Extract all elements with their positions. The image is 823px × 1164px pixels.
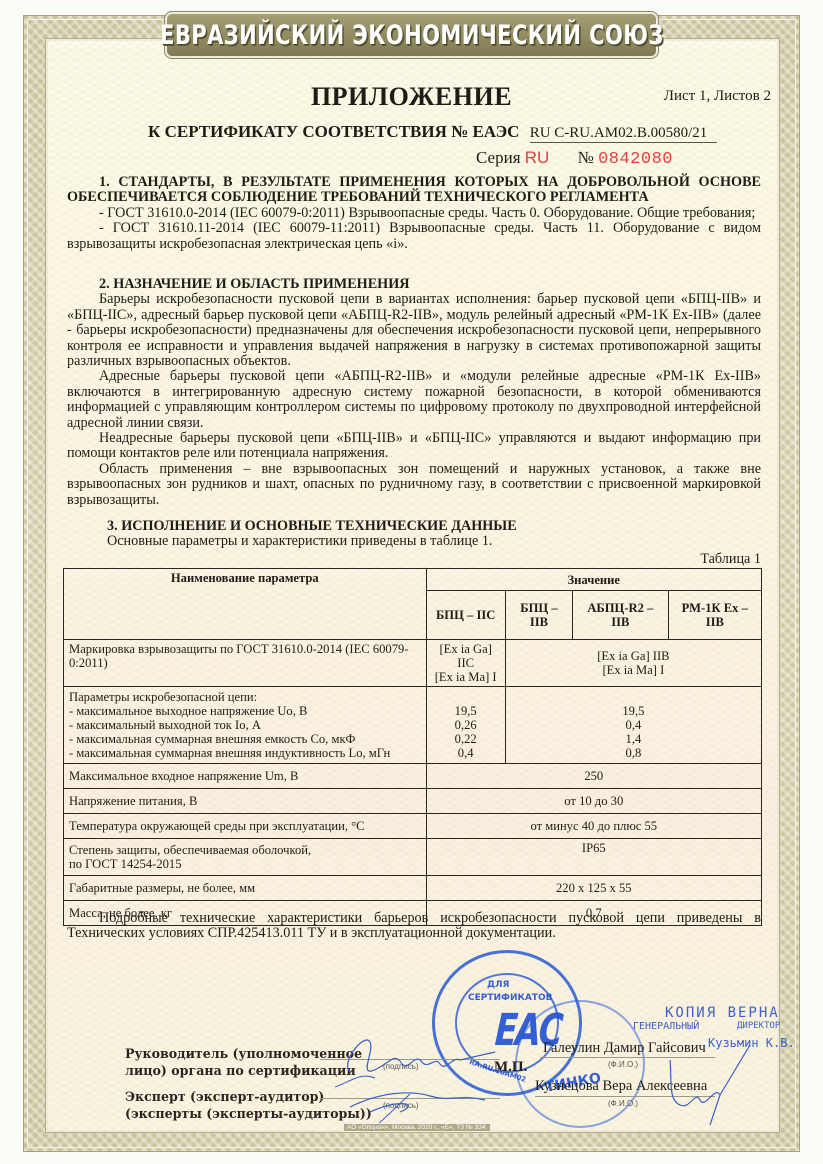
param-label: Габаритные размеры, не более, мм	[64, 876, 427, 901]
table-row: Напряжение питания, В от 10 до 30	[64, 789, 762, 814]
param-line: по ГОСТ 14254-2015	[69, 857, 421, 871]
column-header: АБПЦ-R2 – IIB	[573, 591, 669, 640]
standard-item: - ГОСТ 31610.11-2014 (IEC 60079-11:2011)…	[67, 221, 761, 252]
paragraph: Неадресные барьеры пусковой цепи «БПЦ-II…	[67, 431, 761, 462]
head-name-line	[540, 1057, 715, 1058]
value-line: 0,4	[511, 718, 756, 732]
table-header-row: Наименование параметра Значение	[64, 569, 762, 591]
header-param: Наименование параметра	[64, 569, 427, 640]
value-cell: 250	[426, 764, 761, 789]
section-heading: 1. СТАНДАРТЫ, В РЕЗУЛЬТАТЕ ПРИМЕНЕНИЯ КО…	[67, 175, 761, 206]
number-label: №	[578, 148, 594, 167]
spec-table: Наименование параметра Значение БПЦ – II…	[63, 568, 762, 926]
expert-name: Кузнецова Вера Алексеевна	[535, 1078, 707, 1095]
param-line: - максимальная суммарная внешняя индукти…	[69, 746, 421, 760]
param-line: Степень защиты, обеспечиваемая оболочкой…	[69, 843, 421, 857]
value-line: [Ex ia Ma] I	[511, 663, 756, 677]
section-specs: 3. ИСПОЛНЕНИЕ И ОСНОВНЫЕ ТЕХНИЧЕСКИЕ ДАН…	[67, 519, 761, 550]
head-signature-line	[320, 1059, 500, 1060]
head-label: Руководитель (уполномоченное лицо) орган…	[125, 1045, 362, 1079]
column-header: РМ-1К Ex – IIB	[668, 591, 761, 640]
value-line: 19,5	[432, 704, 500, 718]
header-value: Значение	[426, 569, 761, 591]
section-purpose: 2. НАЗНАЧЕНИЕ И ОБЛАСТЬ ПРИМЕНЕНИЯ Барье…	[67, 277, 761, 508]
label-line: (эксперты (эксперты-аудиторы))	[125, 1105, 372, 1122]
column-header: БПЦ – IIC	[426, 591, 505, 640]
sheet-info: Лист 1, Листов 2	[664, 88, 771, 105]
value-cell: [Ex ia Ga] IIB [Ex ia Ma] I	[505, 640, 761, 687]
section-standards: 1. СТАНДАРТЫ, В РЕЗУЛЬТАТЕ ПРИМЕНЕНИЯ КО…	[67, 175, 761, 252]
paragraph: Барьеры искробезопасности пусковой цепи …	[67, 292, 761, 369]
seal-place-mark: М.П.	[494, 1059, 527, 1076]
value-line: 19,5	[511, 704, 756, 718]
table-caption: Таблица 1	[700, 551, 761, 568]
column-header: БПЦ – IIB	[505, 591, 572, 640]
section-heading: 3. ИСПОЛНЕНИЕ И ОСНОВНЫЕ ТЕХНИЧЕСКИЕ ДАН…	[67, 519, 761, 534]
label-line: Эксперт (эксперт-аудитор)	[125, 1088, 372, 1105]
section-heading: 2. НАЗНАЧЕНИЕ И ОБЛАСТЬ ПРИМЕНЕНИЯ	[67, 277, 761, 292]
param-label: Максимальное входное напряжение Um, В	[64, 764, 427, 789]
value-line: 1,4	[511, 732, 756, 746]
expert-signature-line	[320, 1098, 500, 1099]
param-label: Температура окружающей среды при эксплуа…	[64, 814, 427, 839]
table-row: Маркировка взрывозащиты по ГОСТ 31610.0-…	[64, 640, 762, 687]
name-caption: (Ф.И.О.)	[608, 1060, 638, 1069]
expert-label: Эксперт (эксперт-аудитор) (эксперты (экс…	[125, 1088, 372, 1122]
closing-paragraph: Подробные технические характеристики бар…	[67, 911, 761, 942]
copy-signer: Кузьмин К.В.	[708, 1036, 795, 1050]
value-cell: 19,5 0,26 0,22 0,4	[426, 687, 505, 764]
label-line: лицо) органа по сертификации	[125, 1062, 362, 1079]
param-label: Параметры искробезопасной цепи: - максим…	[64, 687, 427, 764]
copy-true-stamp: КОПИЯ ВЕРНА	[665, 1005, 780, 1021]
series-line: Серия RU № 0842080	[476, 148, 673, 169]
copy-position-left: ГЕНЕРАЛЬНЫЙ	[633, 1021, 699, 1032]
table-row: Габаритные размеры, не более, мм 220 х 1…	[64, 876, 762, 901]
series-value: RU	[525, 148, 550, 167]
cert-prefix: К СЕРТИФИКАТУ СООТВЕТСТВИЯ № ЕАЭС	[148, 122, 519, 141]
copy-position-right: ДИРЕКТОР	[737, 1021, 780, 1031]
value-line: [Ex ia Ga] IIC	[432, 642, 500, 670]
value-cell: [Ex ia Ga] IIC [Ex ia Ma] I	[426, 640, 505, 687]
value-cell: от 10 до 30	[426, 789, 761, 814]
value-line: [Ex ia Ga] IIB	[511, 649, 756, 663]
signature-caption: (подпись)	[383, 1101, 419, 1110]
value-cell: 19,5 0,4 1,4 0,8	[505, 687, 761, 764]
series-label: Серия	[476, 148, 521, 167]
value-line: 0,22	[432, 732, 500, 746]
value-cell: 220 х 125 х 55	[426, 876, 761, 901]
name-caption: (Ф.И.О.)	[608, 1099, 638, 1108]
cert-number: RU C-RU.AM02.B.00580/21	[530, 125, 718, 143]
value-cell: от минус 40 до плюс 55	[426, 814, 761, 839]
table-row: Температура окружающей среды при эксплуа…	[64, 814, 762, 839]
param-label: Степень защиты, обеспечиваемая оболочкой…	[64, 839, 427, 876]
param-line: - максимальное выходное напряжение Uo, В	[69, 704, 421, 718]
section-intro: Основные параметры и характеристики прив…	[67, 534, 761, 549]
value-line: 0,4	[432, 746, 500, 760]
param-line: Параметры искробезопасной цепи:	[69, 690, 421, 704]
printer-mark: АО «Опцион», Москва, 2020 г., «Б», ТЗ № …	[343, 1123, 491, 1132]
paragraph: Адресные барьеры пусковой цепи «АБПЦ-R2-…	[67, 369, 761, 431]
closing-text: Подробные технические характеристики бар…	[67, 911, 761, 942]
value-line: 0,26	[432, 718, 500, 732]
certificate-reference: К СЕРТИФИКАТУ СООТВЕТСТВИЯ № ЕАЭС RU C-R…	[148, 122, 717, 142]
expert-name-line	[535, 1096, 715, 1097]
standard-item: - ГОСТ 31610.0-2014 (IEC 60079-0:2011) В…	[67, 206, 761, 221]
head-name: Галеулин Дамир Гайсович	[543, 1040, 706, 1057]
blank-number: 0842080	[598, 150, 673, 169]
union-banner: ЕВРАЗИЙСКИЙ ЭКОНОМИЧЕСКИЙ СОЮЗ	[165, 12, 658, 58]
table-row: Параметры искробезопасной цепи: - максим…	[64, 687, 762, 764]
union-banner-text: ЕВРАЗИЙСКИЙ ЭКОНОМИЧЕСКИЙ СОЮЗ	[160, 20, 664, 51]
value-line: [Ex ia Ma] I	[432, 670, 500, 684]
table-row: Степень защиты, обеспечиваемая оболочкой…	[64, 839, 762, 876]
signature-caption: (подпись)	[383, 1062, 419, 1071]
value-line: 0,8	[511, 746, 756, 760]
seal-for: ДЛЯ	[487, 980, 509, 990]
param-label: Маркировка взрывозащиты по ГОСТ 31610.0-…	[64, 640, 427, 687]
param-line: - максимальный выходной ток Io, А	[69, 718, 421, 732]
paragraph: Область применения – вне взрывоопасных з…	[67, 462, 761, 508]
param-label: Напряжение питания, В	[64, 789, 427, 814]
value-cell: IP65	[426, 839, 761, 876]
seal-certs: СЕРТИФИКАТОВ	[468, 993, 552, 1003]
table-row: Максимальное входное напряжение Um, В 25…	[64, 764, 762, 789]
param-line: - максимальная суммарная внешняя емкость…	[69, 732, 421, 746]
